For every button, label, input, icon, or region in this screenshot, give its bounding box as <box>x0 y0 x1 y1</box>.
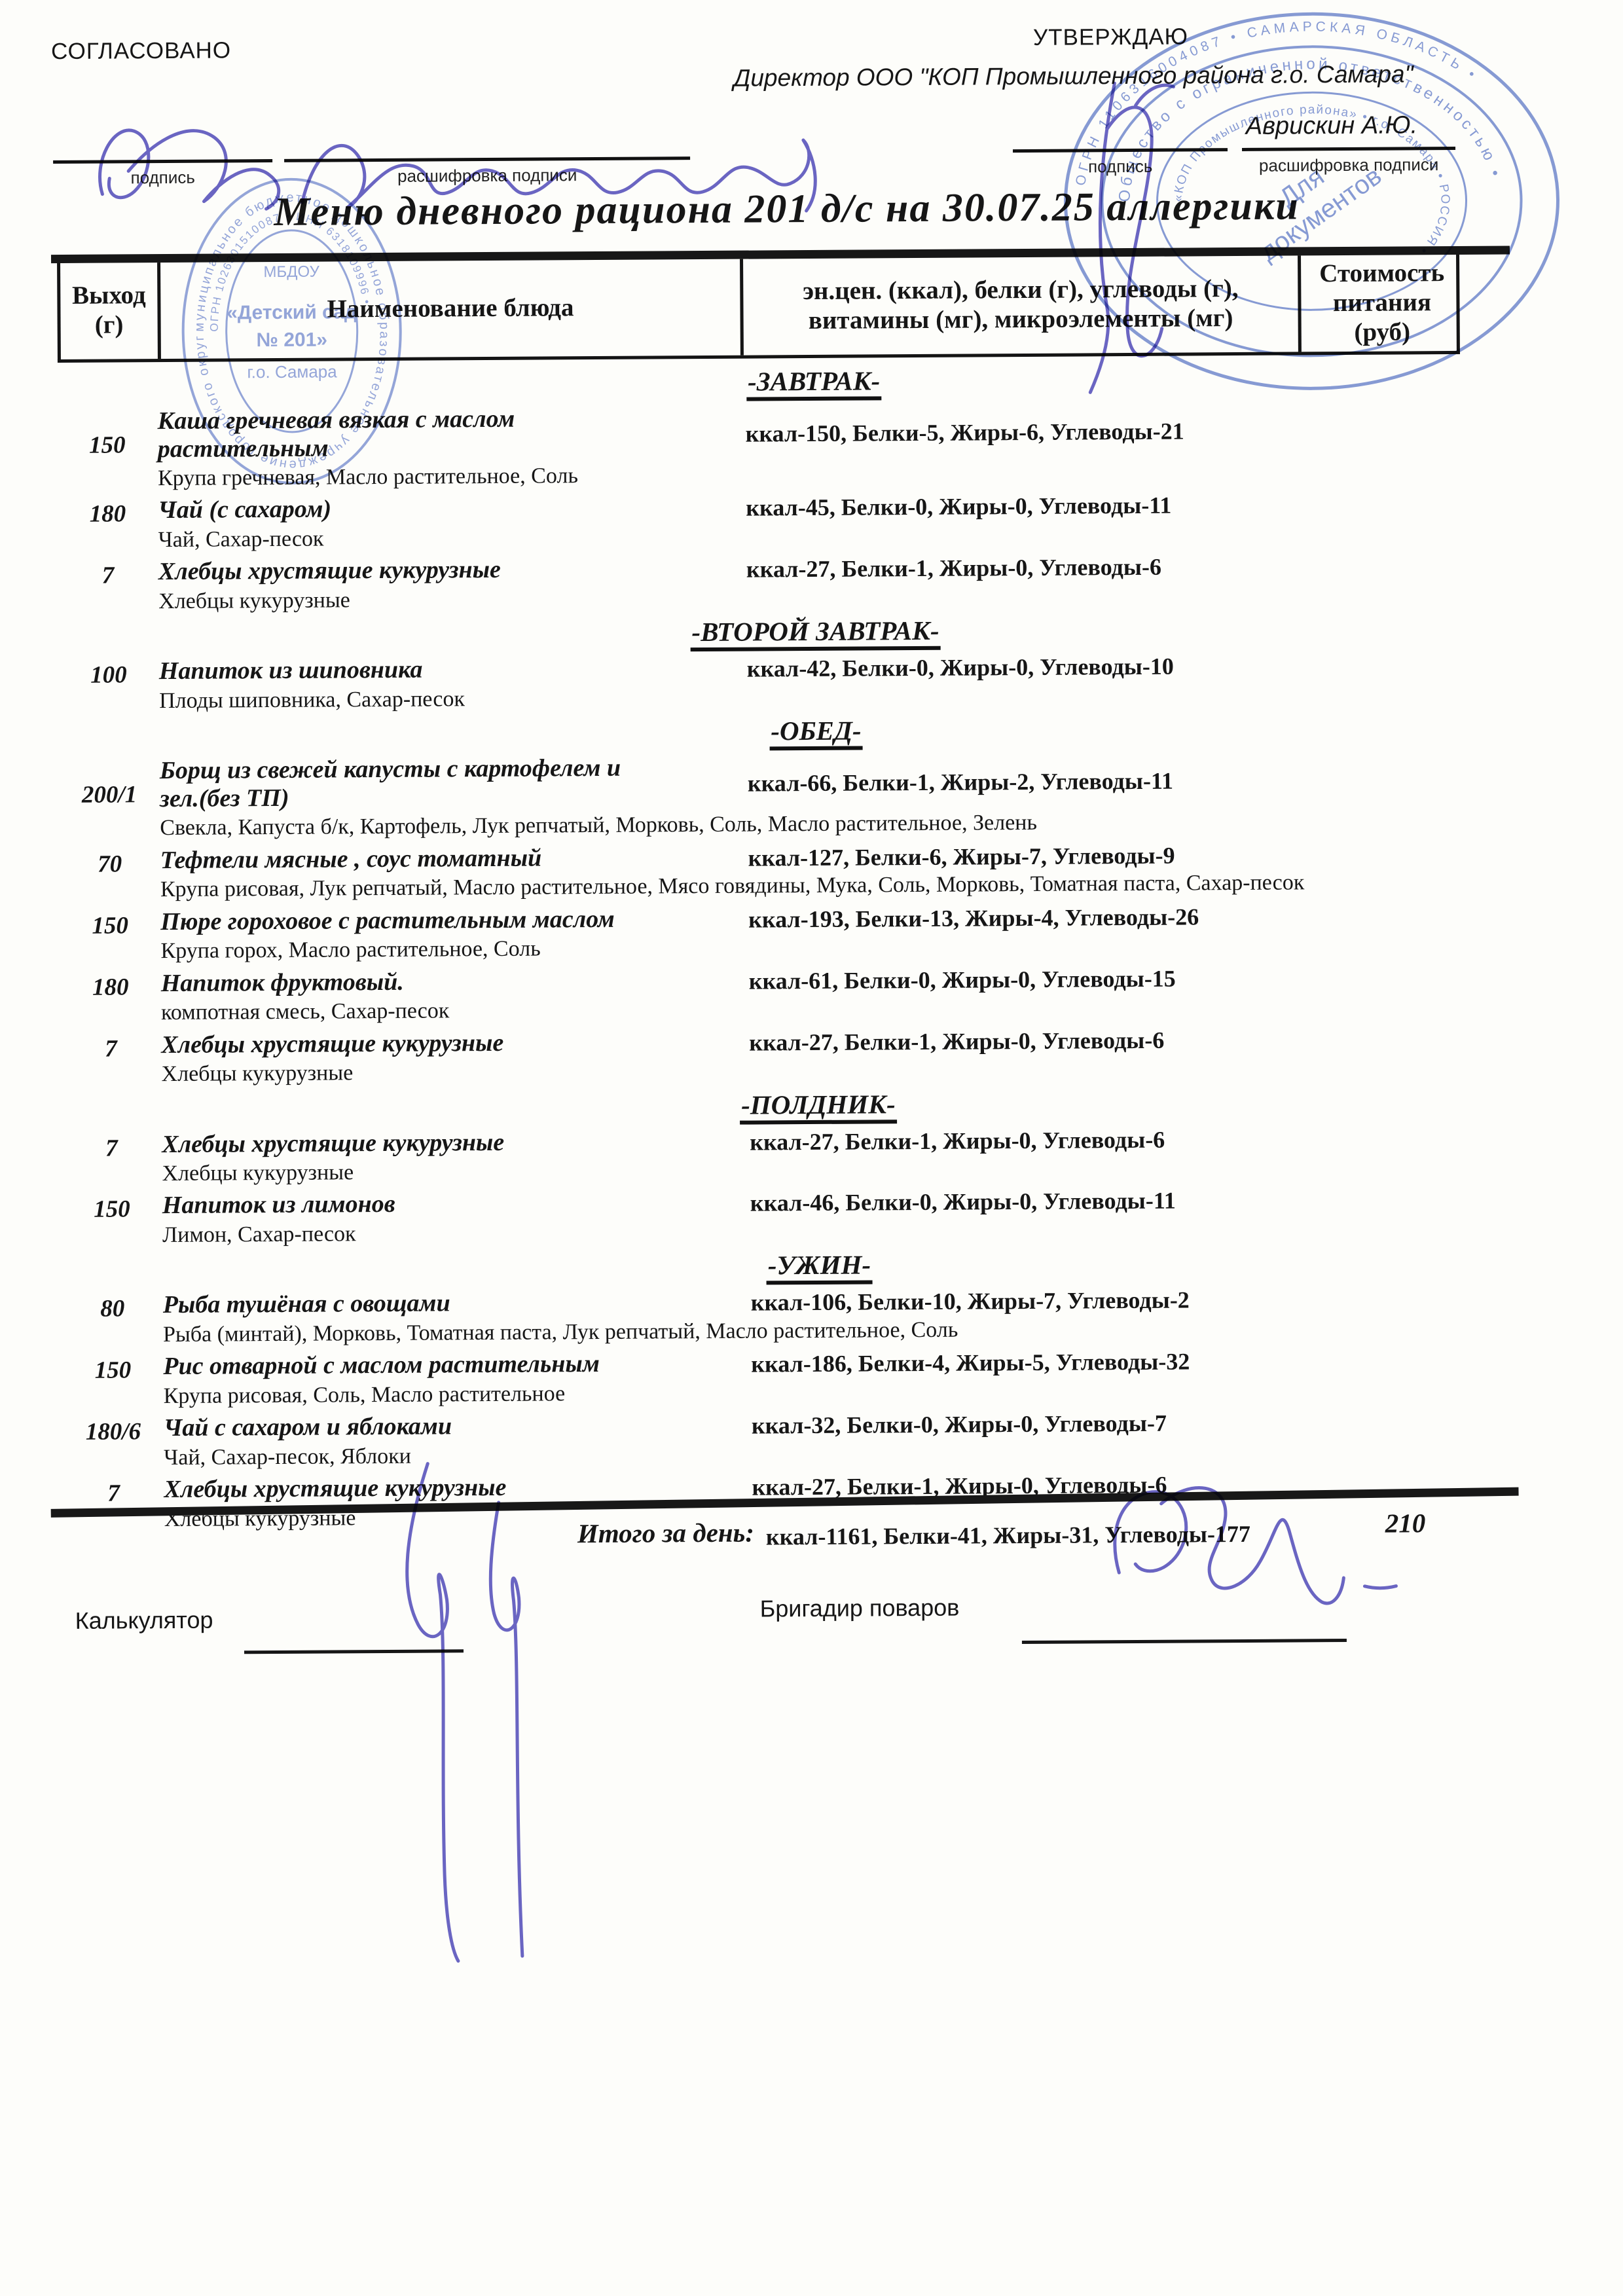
menu-item: 180 Чай (с сахаром) ккал-45, Белки-0, Жи… <box>58 488 1571 553</box>
menu-item: 150 Каша гречневая вязкая с маслом расти… <box>58 399 1571 492</box>
section-heading-lunch: -ОБЕД- <box>60 710 1572 751</box>
item-weight: 80 <box>64 1294 162 1323</box>
total-cost-value: 210 <box>1385 1507 1426 1539</box>
signature-caption-right-1: подпись <box>1013 156 1228 177</box>
item-name: Чай с сахаром и яблоками <box>164 1412 661 1442</box>
item-ingredients: Хлебцы кукурузные <box>158 581 1566 614</box>
item-ingredients: компотная смесь, Сахар-песок <box>161 992 1569 1025</box>
column-header-nutrition: эн.цен. (ккал), белки (г), углеводы (г),… <box>743 255 1302 355</box>
agreed-label: СОГЛАСОВАНО <box>51 37 231 65</box>
menu-item: 7 Хлебцы хрустящие кукурузные ккал-27, Б… <box>59 549 1571 614</box>
menu-item: 150 Пюре гороховое с растительным маслом… <box>61 900 1573 964</box>
item-ingredients: Хлебцы кукурузные <box>162 1153 1569 1186</box>
menu-item: 100 Напиток из шиповника ккал-42, Белки-… <box>60 649 1572 714</box>
column-header-weight: Выход (г) <box>60 263 161 359</box>
menu-item: 150 Рис отварной с маслом растительным к… <box>64 1344 1576 1409</box>
item-weight: 180 <box>58 500 156 529</box>
item-ingredients: Плоды шиповника, Сахар-песок <box>159 680 1567 714</box>
signature-caption-left-2: расшифровка подписи <box>284 164 690 187</box>
column-header-dish: Наименование блюда <box>160 259 744 359</box>
item-nutrition: ккал-42, Белки-0, Жиры-0, Углеводы-10 <box>747 651 1578 683</box>
menu-item: 7 Хлебцы хрустящие кукурузные ккал-27, Б… <box>62 1022 1574 1087</box>
calculator-label: Калькулятор <box>75 1607 213 1635</box>
section-heading-second-breakfast: -ВТОРОЙ ЗАВТРАК- <box>59 611 1571 651</box>
item-ingredients: Хлебцы кукурузные <box>162 1053 1569 1087</box>
item-nutrition: ккал-106, Белки-10, Жиры-7, Углеводы-2 <box>751 1285 1582 1317</box>
page-title: Меню дневного рациона 201 д/с на 30.07.2… <box>0 181 1579 238</box>
item-name: Напиток фруктовый. <box>161 966 659 997</box>
menu-item: 80 Рыба тушёная с овощами ккал-106, Белк… <box>64 1283 1576 1347</box>
menu-body: -ЗАВТРАК- 150 Каша гречневая вязкая с ма… <box>58 357 1577 1538</box>
item-weight: 150 <box>64 1356 162 1385</box>
signature-line-left-1 <box>53 159 272 164</box>
item-ingredients: Чай, Сахар-песок <box>158 519 1566 553</box>
signature-line-right-1 <box>1013 148 1228 153</box>
section-heading-breakfast: -ЗАВТРАК- <box>58 361 1570 401</box>
item-nutrition: ккал-27, Белки-1, Жиры-0, Углеводы-6 <box>749 1024 1580 1056</box>
section-heading-text: -ПОЛДНИК- <box>740 1089 897 1124</box>
item-weight: 200/1 <box>60 780 158 809</box>
item-nutrition: ккал-193, Белки-13, Жиры-4, Углеводы-26 <box>748 902 1580 934</box>
item-name: Хлебцы хрустящие кукурузные <box>161 1028 659 1059</box>
item-name: Напиток из лимонов <box>162 1189 660 1220</box>
item-name: Хлебцы хрустящие кукурузные <box>164 1473 661 1504</box>
item-weight: 150 <box>61 911 159 940</box>
total-label: Итого за день: <box>577 1517 754 1550</box>
item-ingredients: Крупа рисовая, Лук репчатый, Масло расти… <box>160 869 1568 902</box>
item-nutrition: ккал-186, Белки-4, Жиры-5, Углеводы-32 <box>751 1346 1582 1378</box>
director-name: Аврискин А.Ю. <box>1246 111 1418 141</box>
item-name: Хлебцы хрустящие кукурузные <box>158 555 656 586</box>
item-nutrition: ккал-45, Белки-0, Жиры-0, Углеводы-11 <box>746 490 1577 522</box>
item-nutrition: ккал-61, Белки-0, Жиры-0, Углеводы-15 <box>749 962 1580 994</box>
item-weight: 7 <box>64 1479 162 1508</box>
section-heading-text: -УЖИН- <box>767 1250 873 1285</box>
item-nutrition: ккал-27, Белки-1, Жиры-0, Углеводы-6 <box>746 551 1578 583</box>
item-weight: 150 <box>58 431 156 460</box>
item-name: Борщ из свежей капусты с картофелем и зе… <box>160 754 658 813</box>
item-name: Рыба тушёная с овощами <box>163 1288 661 1319</box>
approve-label: УТВЕРЖДАЮ <box>1033 24 1188 50</box>
item-weight: 7 <box>59 562 157 591</box>
signature-line-right-2 <box>1242 147 1455 151</box>
chef-label: Бригадир поваров <box>759 1594 959 1623</box>
item-ingredients: Лимон, Сахар-песок <box>162 1214 1570 1248</box>
item-weight: 7 <box>62 1134 160 1163</box>
document-sheet: СОГЛАСОВАНО УТВЕРЖДАЮ Директор ООО "КОП … <box>0 0 1623 2296</box>
item-weight: 180 <box>62 973 160 1002</box>
item-weight: 150 <box>63 1195 161 1224</box>
item-nutrition: ккал-66, Белки-1, Жиры-2, Углеводы-11 <box>748 765 1579 797</box>
item-weight: 7 <box>62 1034 160 1063</box>
calculator-signature-stroke <box>407 1463 522 1961</box>
item-name: Хлебцы хрустящие кукурузные <box>162 1127 659 1158</box>
item-name: Каша гречневая вязкая с маслом раститель… <box>157 404 655 463</box>
director-line: Директор ООО "КОП Промышленного района г… <box>733 60 1506 92</box>
signature-caption-left-1: подпись <box>53 167 272 189</box>
section-heading-snack: -ПОЛДНИК- <box>62 1084 1575 1124</box>
signature-line-left-2 <box>284 156 690 162</box>
item-nutrition: ккал-46, Белки-0, Жиры-0, Углеводы-11 <box>750 1185 1582 1217</box>
scanned-menu-document: СОГЛАСОВАНО УТВЕРЖДАЮ Директор ООО "КОП … <box>0 0 1623 2296</box>
item-ingredients: Крупа горох, Масло растительное, Соль <box>160 930 1568 964</box>
section-heading-text: -ВТОРОЙ ЗАВТРАК- <box>690 615 940 651</box>
menu-table-header: Выход (г) Наименование блюда эн.цен. (кк… <box>57 255 1460 363</box>
item-nutrition: ккал-32, Белки-0, Жиры-0, Углеводы-7 <box>752 1408 1583 1440</box>
calculator-signature-line <box>244 1649 464 1654</box>
menu-item: 200/1 Борщ из свежей капусты с картофеле… <box>60 748 1573 841</box>
menu-item: 180 Напиток фруктовый. ккал-61, Белки-0,… <box>62 961 1574 1026</box>
section-heading-text: -ЗАВТРАК- <box>746 365 881 401</box>
item-weight: 70 <box>61 850 159 879</box>
item-name: Пюре гороховое с растительным маслом <box>160 905 658 936</box>
chef-signature-line <box>1022 1639 1347 1644</box>
item-name: Чай (с сахаром) <box>158 494 655 524</box>
total-nutrition-value: ккал-1161, Белки-41, Жиры-31, Углеводы-1… <box>766 1520 1250 1551</box>
section-heading-text: -ОБЕД- <box>769 716 863 751</box>
item-name: Тефтели мясные , соус томатный <box>160 843 657 874</box>
menu-item: 180/6 Чай с сахаром и яблоками ккал-32, … <box>64 1406 1577 1470</box>
item-ingredients: Рыба (минтай), Морковь, Томатная паста, … <box>163 1314 1571 1347</box>
menu-item: 150 Напиток из лимонов ккал-46, Белки-0,… <box>63 1183 1575 1248</box>
menu-item: 7 Хлебцы хрустящие кукурузные ккал-27, Б… <box>62 1121 1575 1186</box>
column-header-cost: Стоимость питания (руб) <box>1301 255 1463 352</box>
item-nutrition: ккал-27, Белки-1, Жиры-0, Углеводы-6 <box>750 1123 1581 1156</box>
item-name: Рис отварной с маслом растительным <box>163 1350 661 1381</box>
item-ingredients: Свекла, Капуста б/к, Картофель, Лук репч… <box>160 807 1567 841</box>
item-weight: 180/6 <box>64 1417 162 1446</box>
item-ingredients: Чай, Сахар-песок, Яблоки <box>164 1437 1571 1470</box>
signature-caption-right-2: расшифровка подписи <box>1242 155 1455 176</box>
item-ingredients: Крупа рисовая, Соль, Масло растительное <box>164 1376 1571 1409</box>
menu-item: 70 Тефтели мясные , соус томатный ккал-1… <box>60 838 1573 903</box>
item-name: Напиток из шиповника <box>159 655 657 685</box>
section-heading-dinner: -УЖИН- <box>63 1245 1575 1285</box>
item-nutrition: ккал-150, Белки-5, Жиры-6, Углеводы-21 <box>746 416 1577 448</box>
item-nutrition: ккал-127, Белки-6, Жиры-7, Углеводы-9 <box>748 840 1579 872</box>
item-ingredients: Крупа гречневая, Масло растительное, Сол… <box>158 458 1565 491</box>
item-weight: 100 <box>60 661 158 689</box>
